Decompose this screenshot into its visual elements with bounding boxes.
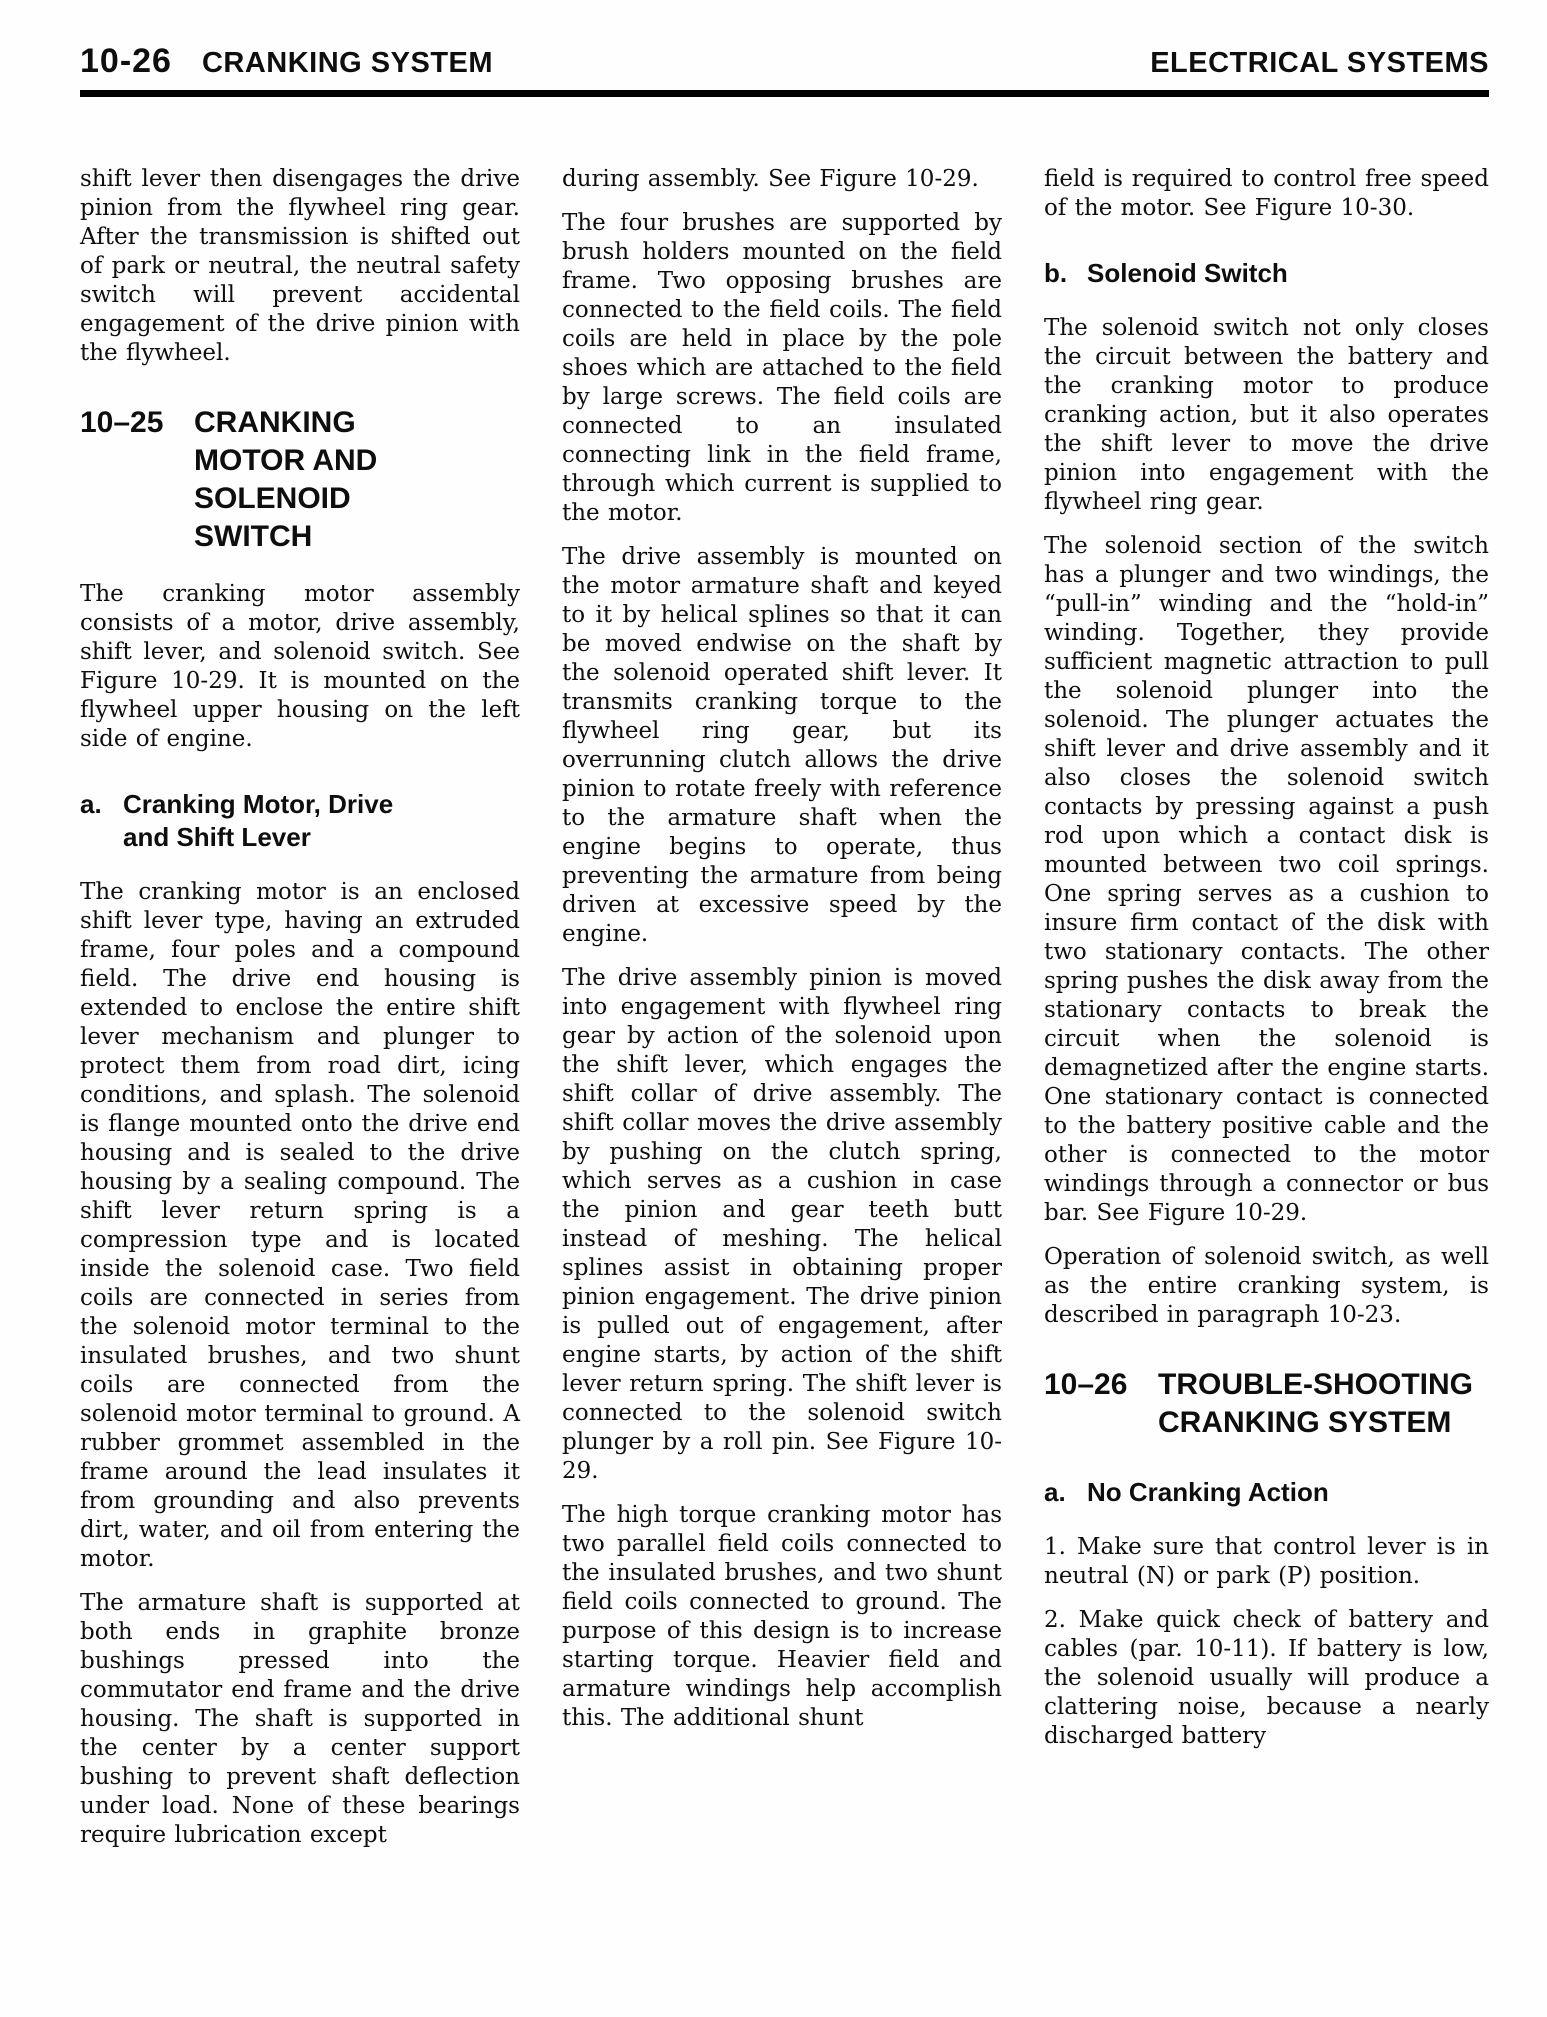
paragraph: Operation of solenoid switch, as well as…: [1044, 1243, 1489, 1330]
paragraph: The armature shaft is supported at both …: [80, 1589, 520, 1850]
subsection-heading-text: No Cranking Action: [1087, 1476, 1329, 1509]
heading-line: CRANKING: [194, 404, 377, 442]
heading-line: Cranking Motor, Drive: [123, 788, 393, 821]
paragraph: field is required to control free speed …: [1044, 165, 1489, 223]
subsection-heading-b-solenoid-switch: b. Solenoid Switch: [1044, 257, 1489, 290]
section-running-title: CRANKING SYSTEM: [202, 47, 493, 80]
heading-line: MOTOR AND: [194, 442, 377, 480]
paragraph: The cranking motor assembly consists of …: [80, 580, 520, 754]
heading-line: Solenoid Switch: [1087, 257, 1288, 290]
subsection-heading-text: Solenoid Switch: [1087, 257, 1288, 290]
subsection-letter: a.: [1044, 1476, 1087, 1509]
paragraph: The solenoid switch not only closes the …: [1044, 314, 1489, 517]
numbered-step: 2. Make quick check of battery and cable…: [1044, 1606, 1489, 1751]
subsection-heading-a-cranking-motor: a. Cranking Motor, Drive and Shift Lever: [80, 788, 520, 854]
heading-line: No Cranking Action: [1087, 1476, 1329, 1509]
subsection-letter: b.: [1044, 257, 1087, 290]
heading-line: SOLENOID: [194, 480, 377, 518]
section-heading-text: CRANKING MOTOR AND SOLENOID SWITCH: [194, 404, 377, 556]
heading-line: CRANKING SYSTEM: [1158, 1404, 1473, 1442]
chapter-running-title: ELECTRICAL SYSTEMS: [1150, 47, 1489, 79]
heading-line: and Shift Lever: [123, 821, 393, 854]
manual-page: 10-26 CRANKING SYSTEM ELECTRICAL SYSTEMS…: [0, 0, 1547, 2017]
page-number: 10-26: [80, 42, 172, 81]
subsection-heading-text: Cranking Motor, Drive and Shift Lever: [123, 788, 393, 854]
paragraph: during assembly. See Figure 10-29.: [562, 165, 1002, 194]
subsection-heading-a-no-cranking-action: a. No Cranking Action: [1044, 1476, 1489, 1509]
column-2: during assembly. See Figure 10-29. The f…: [562, 165, 1002, 1865]
paragraph: The cranking motor is an enclosed shift …: [80, 878, 520, 1574]
paragraph: The drive assembly pinion is moved into …: [562, 964, 1002, 1486]
heading-line: TROUBLE-SHOOTING: [1158, 1366, 1473, 1404]
text-columns: shift lever then disengages the drive pi…: [80, 165, 1489, 1865]
paragraph: The high torque cranking motor has two p…: [562, 1501, 1002, 1733]
subsection-letter: a.: [80, 788, 123, 854]
section-heading-10-26: 10–26 TROUBLE-SHOOTING CRANKING SYSTEM: [1044, 1366, 1489, 1442]
header-right: ELECTRICAL SYSTEMS: [1150, 47, 1489, 80]
section-heading-number: 10–26: [1044, 1366, 1158, 1442]
paragraph: shift lever then disengages the drive pi…: [80, 165, 520, 368]
numbered-step: 1. Make sure that control lever is in ne…: [1044, 1533, 1489, 1591]
header-left: 10-26 CRANKING SYSTEM: [80, 42, 493, 81]
heading-line: SWITCH: [194, 518, 377, 556]
column-3: field is required to control free speed …: [1044, 165, 1489, 1865]
section-heading-number: 10–25: [80, 404, 194, 556]
header-rule: [80, 90, 1489, 97]
paragraph: The four brushes are supported by brush …: [562, 209, 1002, 528]
paragraph: The solenoid section of the switch has a…: [1044, 532, 1489, 1228]
section-heading-text: TROUBLE-SHOOTING CRANKING SYSTEM: [1158, 1366, 1473, 1442]
section-heading-10-25: 10–25 CRANKING MOTOR AND SOLENOID SWITCH: [80, 404, 520, 556]
paragraph: The drive assembly is mounted on the mot…: [562, 543, 1002, 949]
column-1: shift lever then disengages the drive pi…: [80, 165, 520, 1865]
page-header: 10-26 CRANKING SYSTEM ELECTRICAL SYSTEMS: [80, 42, 1489, 81]
